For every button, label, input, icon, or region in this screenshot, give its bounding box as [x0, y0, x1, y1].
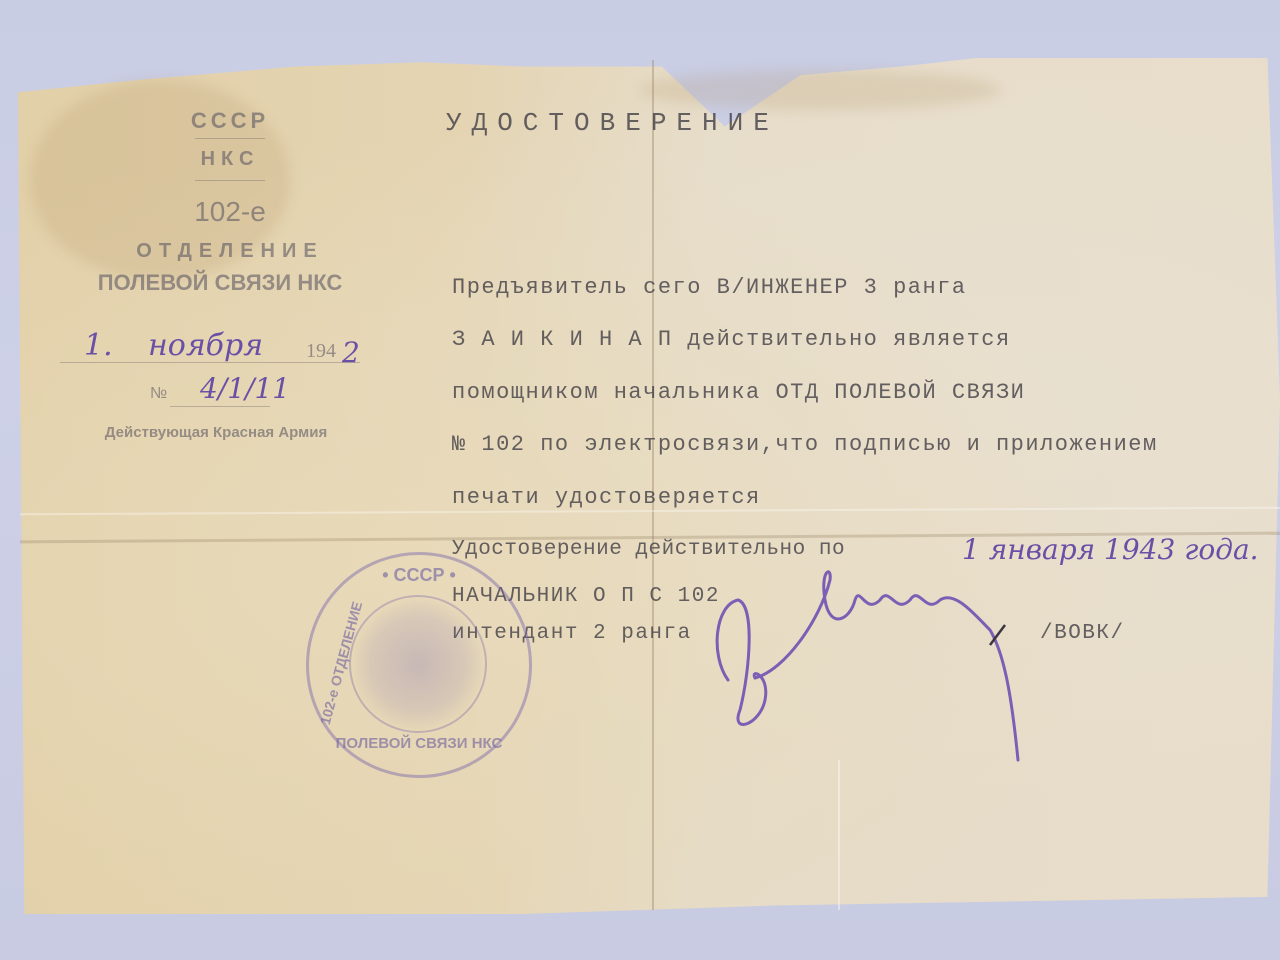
body-line-3: помощником начальника ОТД ПОЛЕВОЙ СВЯЗИ: [452, 380, 1025, 405]
document-title: УДОСТОВЕРЕНИЕ: [446, 108, 779, 138]
body-line-4: № 102 по электросвязи,что подписью и при…: [452, 432, 1158, 457]
date-year-printed: 194: [306, 340, 336, 363]
seal-top-text: • СССР •: [309, 565, 529, 586]
date-day: 1.: [84, 328, 113, 363]
signature-icon: [700, 560, 1040, 780]
stamp-line-field-comm: ПОЛЕВОЙ СВЯЗИ НКС: [50, 270, 390, 296]
official-seal: • СССР • 102-е ОТДЕЛЕНИЕ ПОЛЕВОЙ СВЯЗИ Н…: [306, 552, 532, 778]
stamp-divider: [195, 138, 265, 139]
seal-emblem-icon: [349, 595, 487, 733]
body-line-5: печати удостоверяется: [452, 485, 761, 510]
stamp-footer-red-army: Действующая Красная Армия: [56, 424, 376, 441]
seal-bottom-text: ПОЛЕВОЙ СВЯЗИ НКС: [309, 735, 529, 752]
date-month: ноября: [148, 328, 263, 363]
stamp-line-department: ОТДЕЛЕНИЕ: [100, 240, 360, 263]
validity-label: Удостоверение действительно по: [452, 538, 845, 561]
signatory-name: /ВОВК/: [1040, 622, 1125, 645]
body-line-1: Предъявитель сего В/ИНЖЕНЕР 3 ранга: [452, 275, 967, 300]
fold-crease-vertical: [838, 760, 840, 910]
document-number: 4/1/11: [200, 372, 290, 405]
stamp-line-ussr: СССР: [150, 108, 310, 134]
stamp-unit-number: 102-е: [150, 196, 310, 228]
stamp-line-nks: НКС: [150, 148, 310, 171]
body-line-2: З А И К И Н А П действительно является: [452, 327, 1011, 352]
number-label: №: [150, 385, 167, 403]
date-year-handwritten: 2: [342, 336, 360, 369]
stamp-divider: [195, 180, 265, 181]
number-underline: [170, 406, 270, 407]
paper-stain: [640, 70, 1000, 110]
